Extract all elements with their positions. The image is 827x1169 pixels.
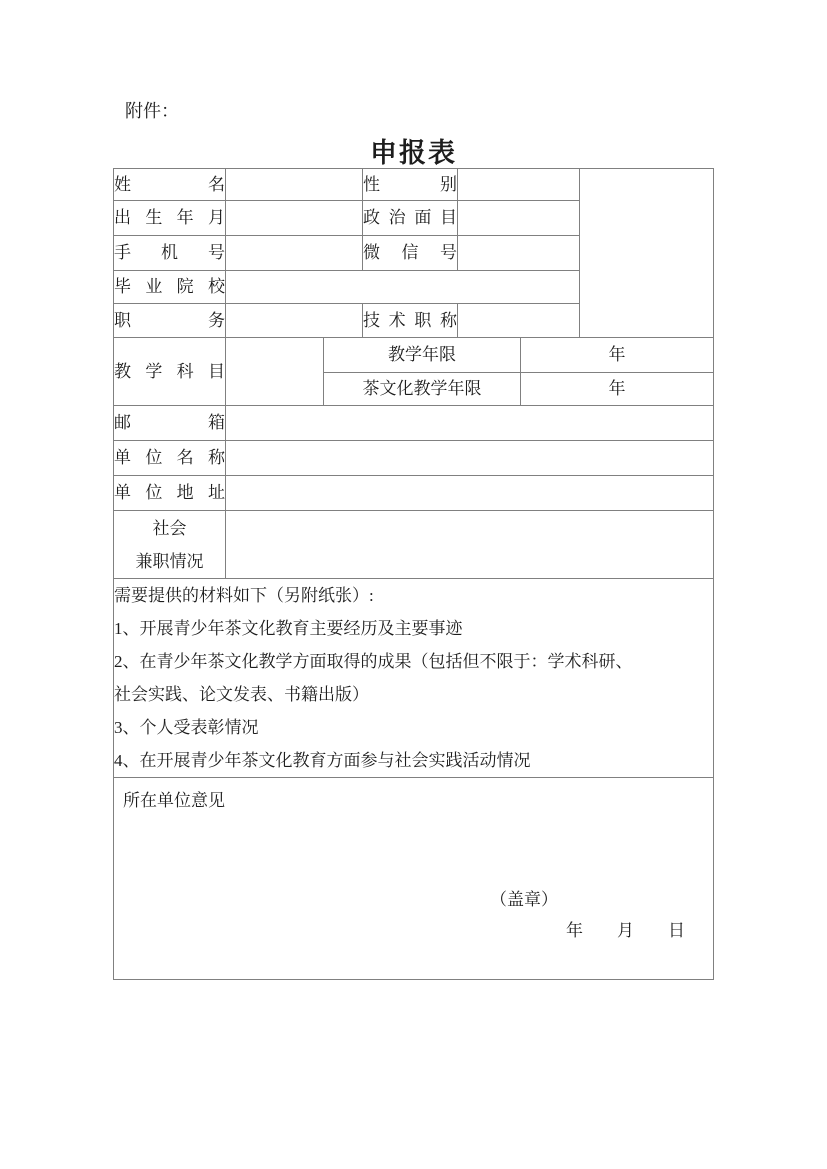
wechat-input-cell[interactable] xyxy=(458,236,580,271)
birth-date-input-cell[interactable] xyxy=(226,201,363,236)
photo-cell[interactable] xyxy=(580,169,714,338)
teaching-subject-input-cell[interactable] xyxy=(226,338,324,406)
label-graduate-school: 毕业院校 xyxy=(114,271,226,304)
gender-input-cell[interactable] xyxy=(458,169,580,201)
row-opinion: 所在单位意见 （盖章） 年 月 日 xyxy=(114,778,714,980)
label-political-status: 政治面目 xyxy=(363,201,458,236)
materials-item: 2、在青少年茶文化教学方面取得的成果（包括但不限于：学术科研、 xyxy=(114,645,713,678)
form-title: 申报表 xyxy=(0,131,827,170)
label-birth-date: 出生年月 xyxy=(114,201,226,236)
graduate-school-input-cell[interactable] xyxy=(226,271,580,304)
opinion-label: 所在单位意见 xyxy=(123,790,225,812)
label-position: 职务 xyxy=(114,304,226,338)
row-org-name: 单位名称 xyxy=(114,441,714,476)
row-social-role: 社会 兼职情况 xyxy=(114,511,714,579)
application-form-table: 姓名 性别 出生年月 政治面目 手机号 微信号 毕业院校 xyxy=(113,168,714,980)
document-page: 附件： 申报表 姓名 性别 出生年月 政治面目 手机号 xyxy=(0,0,827,1169)
label-wechat: 微信号 xyxy=(363,236,458,271)
materials-item: 3、个人受表彰情况 xyxy=(114,711,713,744)
org-address-input-cell[interactable] xyxy=(226,476,714,511)
materials-item: 社会实践、论文发表、书籍出版） xyxy=(114,678,713,711)
label-mobile: 手机号 xyxy=(114,236,226,271)
row-email: 邮箱 xyxy=(114,406,714,441)
mobile-input-cell[interactable] xyxy=(226,236,363,271)
label-org-address: 单位地址 xyxy=(114,476,226,511)
label-social-role-line1: 社会 xyxy=(114,512,225,545)
label-email: 邮箱 xyxy=(114,406,226,441)
label-tea-teaching-years: 茶文化教学年限 xyxy=(324,373,521,406)
label-teaching-years: 教学年限 xyxy=(324,338,521,373)
opinion-section[interactable]: 所在单位意见 （盖章） 年 月 日 xyxy=(114,778,714,980)
name-input-cell[interactable] xyxy=(226,169,363,201)
social-role-input-cell[interactable] xyxy=(226,511,714,579)
technical-title-input-cell[interactable] xyxy=(458,304,580,338)
teaching-years-unit: 年 xyxy=(609,345,626,364)
attachment-label: 附件： xyxy=(125,100,179,122)
label-org-name: 单位名称 xyxy=(114,441,226,476)
political-status-input-cell[interactable] xyxy=(458,201,580,236)
opinion-date-label: 年 月 日 xyxy=(566,920,685,942)
tea-teaching-years-input-cell[interactable]: 年 xyxy=(521,373,714,406)
org-name-input-cell[interactable] xyxy=(226,441,714,476)
position-input-cell[interactable] xyxy=(226,304,363,338)
email-input-cell[interactable] xyxy=(226,406,714,441)
label-social-role-line2: 兼职情况 xyxy=(114,545,225,578)
label-name: 姓名 xyxy=(114,169,226,201)
tea-teaching-years-unit: 年 xyxy=(609,379,626,398)
materials-section: 需要提供的材料如下（另附纸张）: 1、开展青少年茶文化教育主要经历及主要事迹 2… xyxy=(114,579,714,778)
materials-item: 4、在开展青少年茶文化教育方面参与社会实践活动情况 xyxy=(114,744,713,777)
row-teaching-years: 教学科目 教学年限 年 xyxy=(114,338,714,373)
row-name-gender: 姓名 性别 xyxy=(114,169,714,201)
label-teaching-subject: 教学科目 xyxy=(114,338,226,406)
label-gender: 性别 xyxy=(363,169,458,201)
label-technical-title: 技术职称 xyxy=(363,304,458,338)
opinion-stamp-label: （盖章） xyxy=(490,889,558,911)
materials-item: 1、开展青少年茶文化教育主要经历及主要事迹 xyxy=(114,612,713,645)
materials-heading: 需要提供的材料如下（另附纸张）: xyxy=(114,579,713,612)
teaching-years-input-cell[interactable]: 年 xyxy=(521,338,714,373)
row-org-address: 单位地址 xyxy=(114,476,714,511)
row-materials: 需要提供的材料如下（另附纸张）: 1、开展青少年茶文化教育主要经历及主要事迹 2… xyxy=(114,579,714,778)
label-social-role: 社会 兼职情况 xyxy=(114,511,226,579)
